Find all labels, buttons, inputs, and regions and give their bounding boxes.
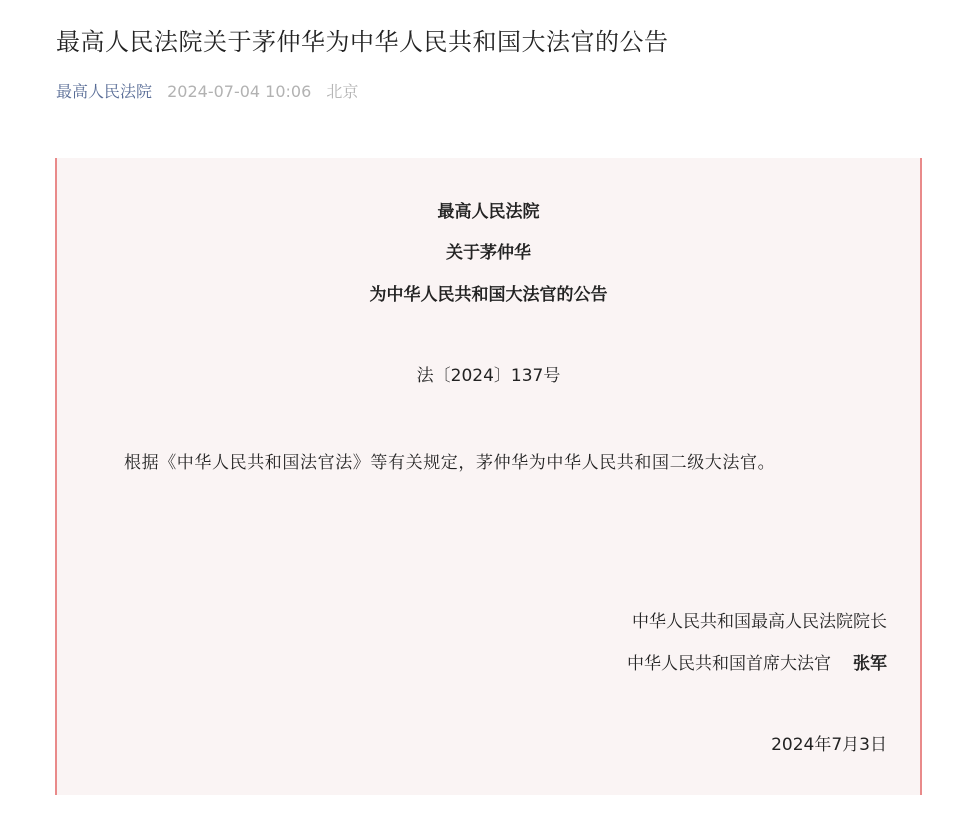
notice-heading-line-1: 最高人民法院 [57,200,920,224]
notice-body: 根据《中华人民共和国法官法》等有关规定，茅仲华为中华人民共和国二级大法官。 [90,442,890,484]
notice-heading-line-2: 关于茅仲华 [57,241,920,265]
signature-line-1: 中华人民共和国最高人民法院院长 [632,610,887,634]
publish-location: 北京 [326,82,358,101]
notice-heading-line-3: 为中华人民共和国大法官的公告 [57,283,920,307]
author-link[interactable]: 最高人民法院 [56,82,152,101]
publish-datetime: 2024-07-04 10:06 [167,82,311,101]
signature-date: 2024年7月3日 [771,733,887,757]
article-title: 最高人民法院关于茅仲华为中华人民共和国大法官的公告 [56,22,669,62]
signature-title: 中华人民共和国首席大法官 [627,654,831,674]
article-meta: 最高人民法院 2024-07-04 10:06 北京 [56,80,358,104]
document-number: 法〔2024〕137号 [57,364,920,388]
signature-name: 张军 [853,654,887,674]
signature-line-2: 中华人民共和国首席大法官张军 [627,652,887,676]
notice-box: 最高人民法院 关于茅仲华 为中华人民共和国大法官的公告 法〔2024〕137号 … [55,158,922,795]
